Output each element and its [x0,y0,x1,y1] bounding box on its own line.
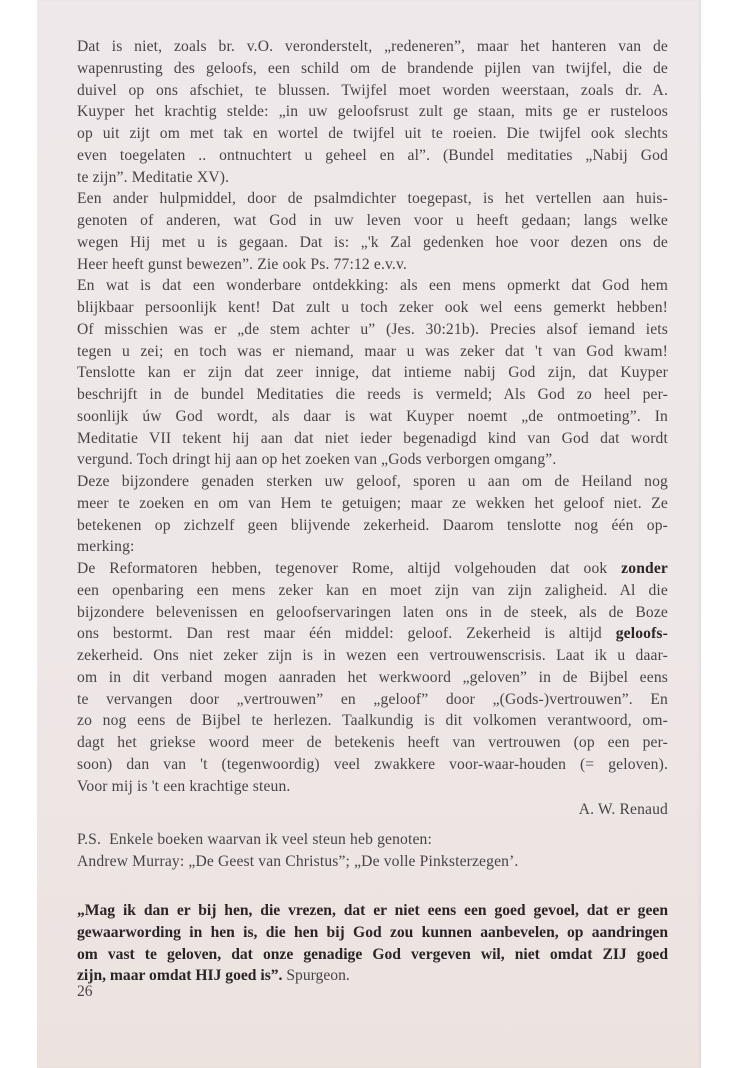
body-line: meer te zoeken en om van Hem te getuigen… [77,493,668,515]
document-page: Dat is niet, zoals br. v.O. veronderstel… [37,0,701,1068]
body-line: Heer heeft gunst bewezen”. Zie ook Ps. 7… [77,254,668,276]
body-line: Dat is niet, zoals br. v.O. veronderstel… [77,36,668,58]
ps-line: Andrew Murray: „De Geest van Christus”; … [77,851,668,873]
body-line: Kuyper het krachtig stelde: „in uw geloo… [77,101,668,123]
body-line: bijzondere belevenissen en geloofservari… [77,602,668,624]
body-line: Een ander hulpmiddel, door de psalmdicht… [77,188,668,210]
body-line: tegen u zei; en toch was er niemand, maa… [77,341,668,363]
body-line: beschrijft in de bundel Meditaties die r… [77,384,668,406]
body-line: te zijn”. Meditatie XV). [77,167,668,189]
body-line: genoten of anderen, wat God in uw leven … [77,210,668,232]
body-line: merking: [77,536,668,558]
body-line: even toegelaten .. ontnuchtert u geheel … [77,145,668,167]
article-body: Dat is niet, zoals br. v.O. veronderstel… [77,36,668,873]
quote-attribution: Spurgeon. [286,967,349,984]
body-line: om in dit verband mogen aanraden het wer… [77,667,668,689]
body-line: soonlijk úw God wordt, als daar is wat K… [77,406,668,428]
ps-line: P.S. Enkele boeken waarvan ik veel steun… [77,829,668,851]
body-line: Tenslotte kan er zijn dat zeer innige, d… [77,362,668,384]
body-line: blijkbaar persoonlijk kent! Dat zult u t… [77,297,668,319]
author-signature: A. W. Renaud [77,799,668,821]
body-line: soon) dan van 't (tegenwoordig) veel zwa… [77,754,668,776]
quote-line: om vast te geloven, dat onze genadige Go… [77,944,668,966]
spurgeon-quote: „Mag ik dan er bij hen, die vrezen, dat … [77,900,668,987]
body-line-with-bold: De Reformatoren hebben, tegenover Rome, … [77,558,668,580]
body-line-with-bold: ons bestormt. Dan rest maar één middel: … [77,623,668,645]
body-line: Meditatie VII tekent hij aan dat niet ie… [77,428,668,450]
body-line: zo nog eens de Bijbel te herlezen. Taalk… [77,710,668,732]
body-line: wapenrusting des geloofs, een schild om … [77,58,668,80]
body-line: wegen Hij met u is gegaan. Dat is: „'k Z… [77,232,668,254]
body-line: En wat is dat een wonderbare ontdekking:… [77,275,668,297]
body-line: duivel op ons afschiet, te blussen. Twij… [77,80,668,102]
body-line: zekerheid. Ons niet zeker zijn is in wez… [77,645,668,667]
body-line: te vervangen door „vertrouwen” en „geloo… [77,689,668,711]
bold-emphasis: geloofs- [616,625,668,642]
body-line: een openbaring een mens zeker kan en moe… [77,580,668,602]
quote-line-with-attribution: zijn, maar omdat HIJ goed is”. Spurgeon. [77,965,668,987]
bold-emphasis: zonder [621,560,668,577]
quote-line: gewaarwording in hen is, die hen bij God… [77,922,668,944]
quote-line: „Mag ik dan er bij hen, die vrezen, dat … [77,900,668,922]
body-line: vergund. Toch dringt hij aan op het zoek… [77,449,668,471]
body-line: betekenen op zichzelf geen blijvende zek… [77,515,668,537]
body-line: dagt het griekse woord meer de betekenis… [77,732,668,754]
body-line: op uit zijt om met tak en wortel de twij… [77,123,668,145]
page-number: 26 [77,983,93,1001]
body-line: Voor mij is 't een krachtige steun. [77,776,668,798]
body-line: Of misschien was er „de stem achter u” (… [77,319,668,341]
body-line: Deze bijzondere genaden sterken uw geloo… [77,471,668,493]
